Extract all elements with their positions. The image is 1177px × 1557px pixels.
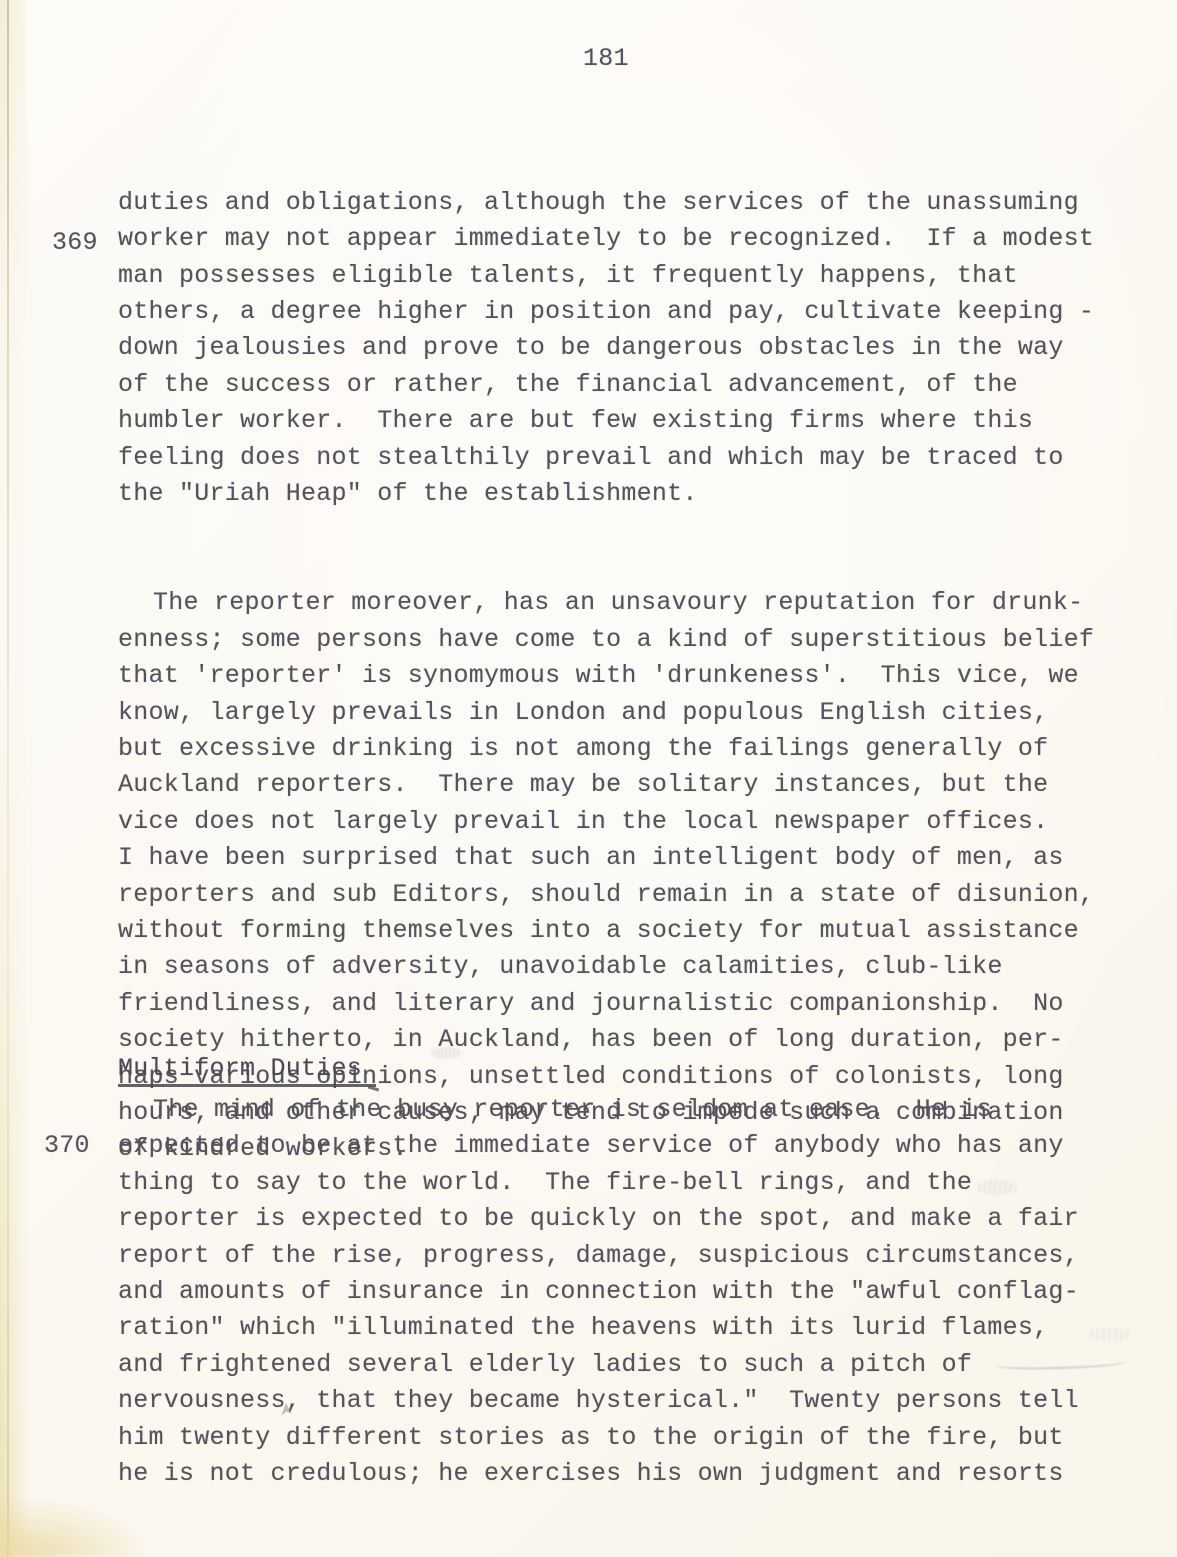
- text-line: the "Uriah Heap" of the establishment.: [118, 476, 1094, 512]
- text-line: reporter is expected to be quickly on th…: [118, 1201, 1079, 1237]
- text-line: thing to say to the world. The fire-bell…: [118, 1165, 1079, 1201]
- text-line: man possesses eligible talents, it frequ…: [118, 258, 1094, 294]
- text-line: duties and obligations, although the ser…: [118, 185, 1094, 221]
- text-line: and amounts of insurance in connection w…: [118, 1274, 1079, 1310]
- page-edge-shading: [0, 0, 27, 1557]
- corner-stain: [0, 1497, 150, 1557]
- text-line: enness; some persons have come to a kind…: [118, 622, 1094, 658]
- margin-note-369: 369: [52, 228, 98, 257]
- text-line: friendliness, and literary and journalis…: [118, 986, 1094, 1022]
- text-line: expected to be at the immediate service …: [118, 1128, 1079, 1164]
- text-line: he is not credulous; he exercises his ow…: [118, 1456, 1079, 1492]
- text-line: him twenty different stories as to the o…: [118, 1420, 1079, 1456]
- margin-note-370: 370: [44, 1131, 90, 1160]
- document-page: 181 369 370 duties and obligations, alth…: [0, 0, 1177, 1557]
- text-line: feeling does not stealthily prevail and …: [118, 440, 1094, 476]
- text-line: The reporter moreover, has an unsavoury …: [118, 585, 1094, 621]
- ink-smudge: [1085, 1328, 1133, 1341]
- section-heading-text: Multiform Duties: [118, 1056, 376, 1087]
- text-line: I have been surprised that such an intel…: [118, 840, 1094, 876]
- page-number: 181: [583, 44, 629, 73]
- text-line: without forming themselves into a societ…: [118, 913, 1094, 949]
- text-line: nervousness, that they became hysterical…: [118, 1383, 1079, 1419]
- paragraph-3: The mind of the busy reporter is seldom …: [118, 1092, 1079, 1492]
- text-line: but excessive drinking is not among the …: [118, 731, 1094, 767]
- text-line: that 'reporter' is synomymous with 'drun…: [118, 658, 1094, 694]
- text-line: down jealousies and prove to be dangerou…: [118, 330, 1094, 366]
- text-line: The mind of the busy reporter is seldom …: [118, 1092, 1079, 1128]
- paragraph-1: duties and obligations, although the ser…: [118, 185, 1094, 513]
- page-edge-line: [7, 0, 9, 1557]
- text-line: of the success or rather, the financial …: [118, 367, 1094, 403]
- text-line: humbler worker. There are but few existi…: [118, 403, 1094, 439]
- text-line: vice does not largely prevail in the loc…: [118, 804, 1094, 840]
- text-line: ration" which "illuminated the heavens w…: [118, 1310, 1079, 1346]
- text-line: and frightened several elderly ladies to…: [118, 1347, 1079, 1383]
- text-line: reporters and sub Editors, should remain…: [118, 877, 1094, 913]
- section-heading: Multiform Duties: [118, 1056, 376, 1087]
- text-line: report of the rise, progress, damage, su…: [118, 1238, 1079, 1274]
- text-line: worker may not appear immediately to be …: [118, 221, 1094, 257]
- text-line: Auckland reporters. There may be solitar…: [118, 767, 1094, 803]
- text-line: in seasons of adversity, unavoidable cal…: [118, 949, 1094, 985]
- text-line: others, a degree higher in position and …: [118, 294, 1094, 330]
- text-line: know, largely prevails in London and pop…: [118, 695, 1094, 731]
